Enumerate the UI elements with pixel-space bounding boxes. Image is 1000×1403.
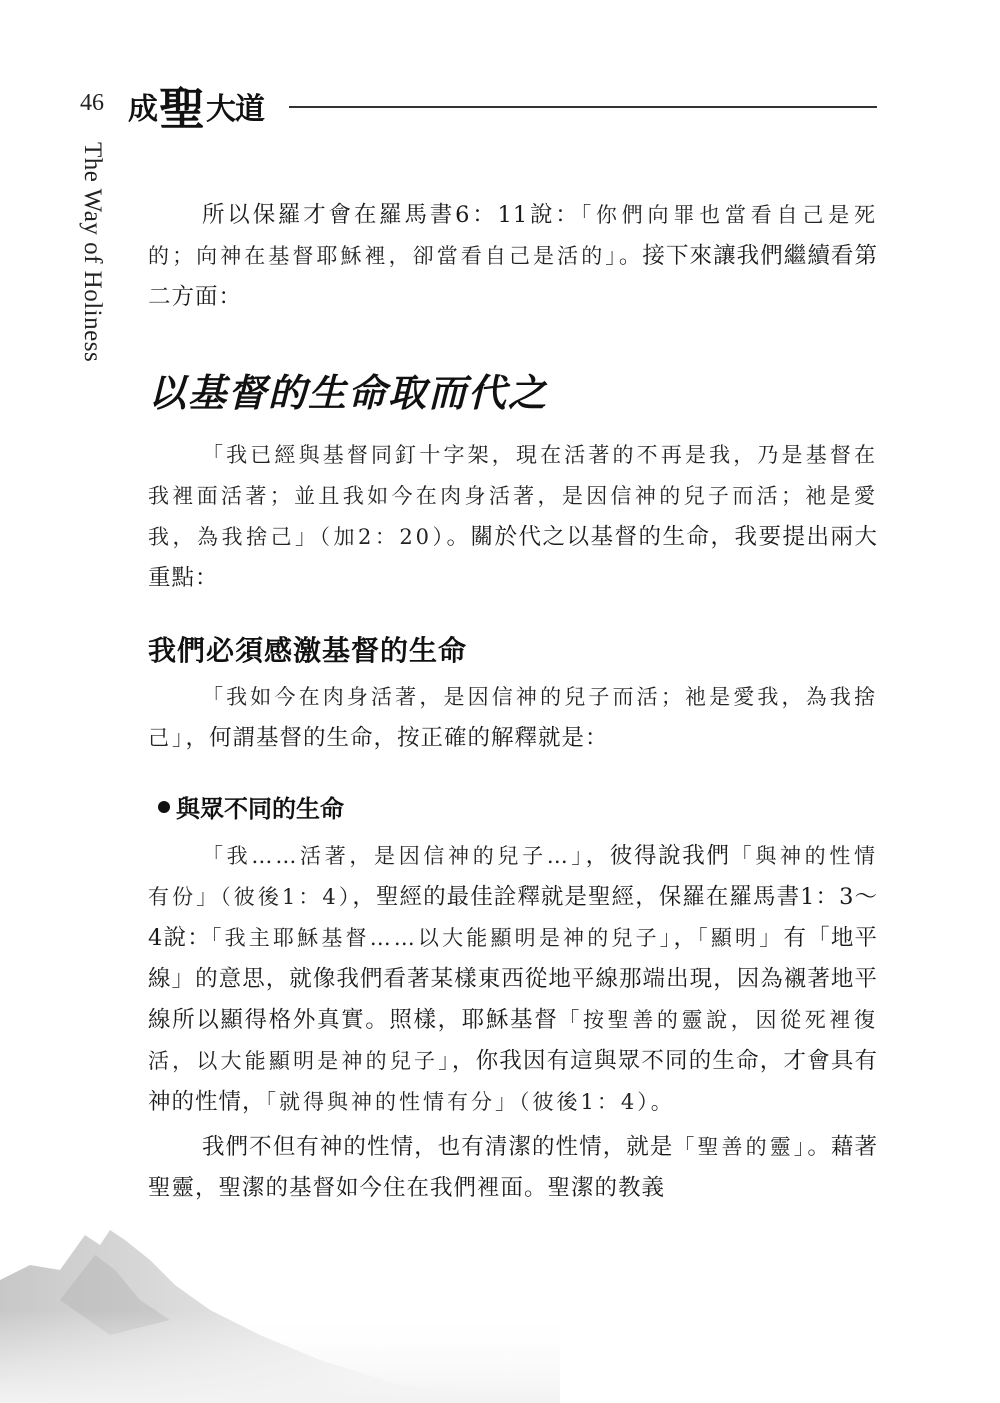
bullet-text-3: ， [673,925,697,951]
final-text-1: 我們不但有神的性情，也有清潔的性情，就是 [202,1134,673,1160]
page-number: 46 [80,90,104,117]
bullet-icon [158,801,170,813]
header-rule [289,106,877,108]
book-title: 成 聖 大道 [128,78,264,128]
bullet-title: 與眾不同的生命 [176,789,344,824]
bullet-quote-6: 「就得與神的性情有分」（彼後1：4）。 [266,1090,675,1114]
book-title-part2: 聖 [159,84,204,134]
bullet-text-1: ，彼得說我們 [586,843,731,869]
subsection-paragraph: 「我如今在肉身活著，是因信神的兒子而活；祂是愛我，為我捨己」，何謂基督的生命，按… [148,677,878,759]
final-paragraph: 我們不但有神的性情，也有清潔的性情，就是「聖善的靈」。藉著聖靈，聖潔的基督如今住… [148,1127,878,1209]
intro-paragraph: 所以保羅才會在羅馬書6：11說：「你們向罪也當看自己是死的；向神在基督耶穌裡，卻… [148,195,878,318]
bullet-quote-1: 「我……活著，是因信神的兒子…」 [202,844,586,868]
section-title: 以基督的生命取而代之 [148,362,878,417]
intro-text: 所以保羅才會在羅馬書6：11說： [202,202,581,228]
subsection-title: 我們必須感激基督的生命 [148,629,878,669]
section-paragraph: 「我已經與基督同釘十字架，現在活著的不再是我，乃是基督在我裡面活著；並且我如今在… [148,435,878,599]
bullet-quote-4: 「顯明」 [697,926,783,950]
bullet-quote-3: 「我主耶穌基督……以大能顯明是神的兒子」 [211,926,674,950]
bullet-heading: 與眾不同的生命 [148,789,878,824]
bullet-paragraph: 「我……活著，是因信神的兒子…」，彼得說我們「與神的性情有份」（彼後1：4），聖… [148,836,878,1123]
subsection-text: ，何謂基督的生命，按正確的解釋就是： [186,725,609,751]
page-content: 所以保羅才會在羅馬書6：11說：「你們向罪也當看自己是死的；向神在基督耶穌裡，卻… [148,195,878,1209]
book-title-part3: 大道 [206,92,264,128]
book-title-part1: 成 [128,92,157,128]
side-title: The Way of Holiness [78,142,106,362]
final-quote: 「聖善的靈」 [673,1135,807,1159]
